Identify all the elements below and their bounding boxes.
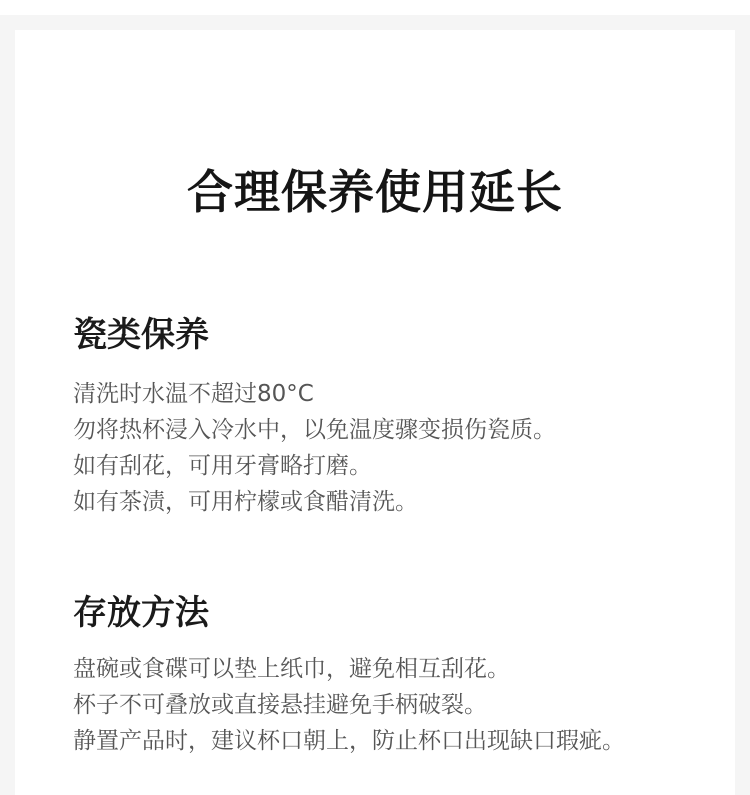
ceramic-care-list: 清洗时水温不超过80°C 勿将热杯浸入冷水中，以免温度骤变损伤瓷质。 如有刮花，… [73,376,556,520]
storage-method-list: 盘碗或食碟可以垫上纸巾，避免相互刮花。 杯子不可叠放或直接悬挂避免手柄破裂。 静… [73,651,625,759]
list-item: 清洗时水温不超过80°C [73,376,556,412]
list-item: 静置产品时，建议杯口朝上，防止杯口出现缺口瑕疵。 [73,723,625,759]
list-item: 如有刮花，可用牙膏略打磨。 [73,448,556,484]
top-strip [0,0,750,15]
page-title: 合理保养使用延长 [0,162,750,222]
list-item: 盘碗或食碟可以垫上纸巾，避免相互刮花。 [73,651,625,687]
list-item: 杯子不可叠放或直接悬挂避免手柄破裂。 [73,687,625,723]
list-item: 勿将热杯浸入冷水中，以免温度骤变损伤瓷质。 [73,412,556,448]
list-item: 如有茶渍，可用柠檬或食醋清洗。 [73,484,556,520]
section-heading-ceramic-care: 瓷类保养 [73,313,209,357]
section-heading-storage-method: 存放方法 [73,591,209,635]
